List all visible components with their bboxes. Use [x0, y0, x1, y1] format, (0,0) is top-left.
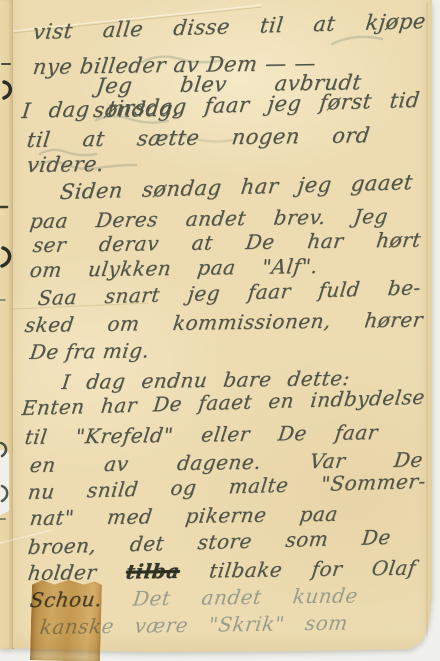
handwriting-line: De fra mig. — [28, 338, 151, 364]
handwriting-line: nat" med pikerne paa — [28, 502, 339, 530]
handwriting-line: videre. — [25, 152, 105, 177]
tape-repair — [30, 579, 102, 661]
handwriting-segment-faint: Det andet kunde — [132, 583, 360, 610]
handwriting-line: om ulykken paa "Alf". — [28, 254, 319, 282]
handwriting-line: til at sætte nogen ord — [25, 123, 371, 152]
struck-word: tilba — [124, 559, 181, 584]
handwriting-line: til "Krefeld" eller De faar — [23, 420, 379, 449]
adjacent-page-edge — [0, 0, 14, 649]
handwriting-segment: tilbake for Olaf — [178, 556, 417, 583]
